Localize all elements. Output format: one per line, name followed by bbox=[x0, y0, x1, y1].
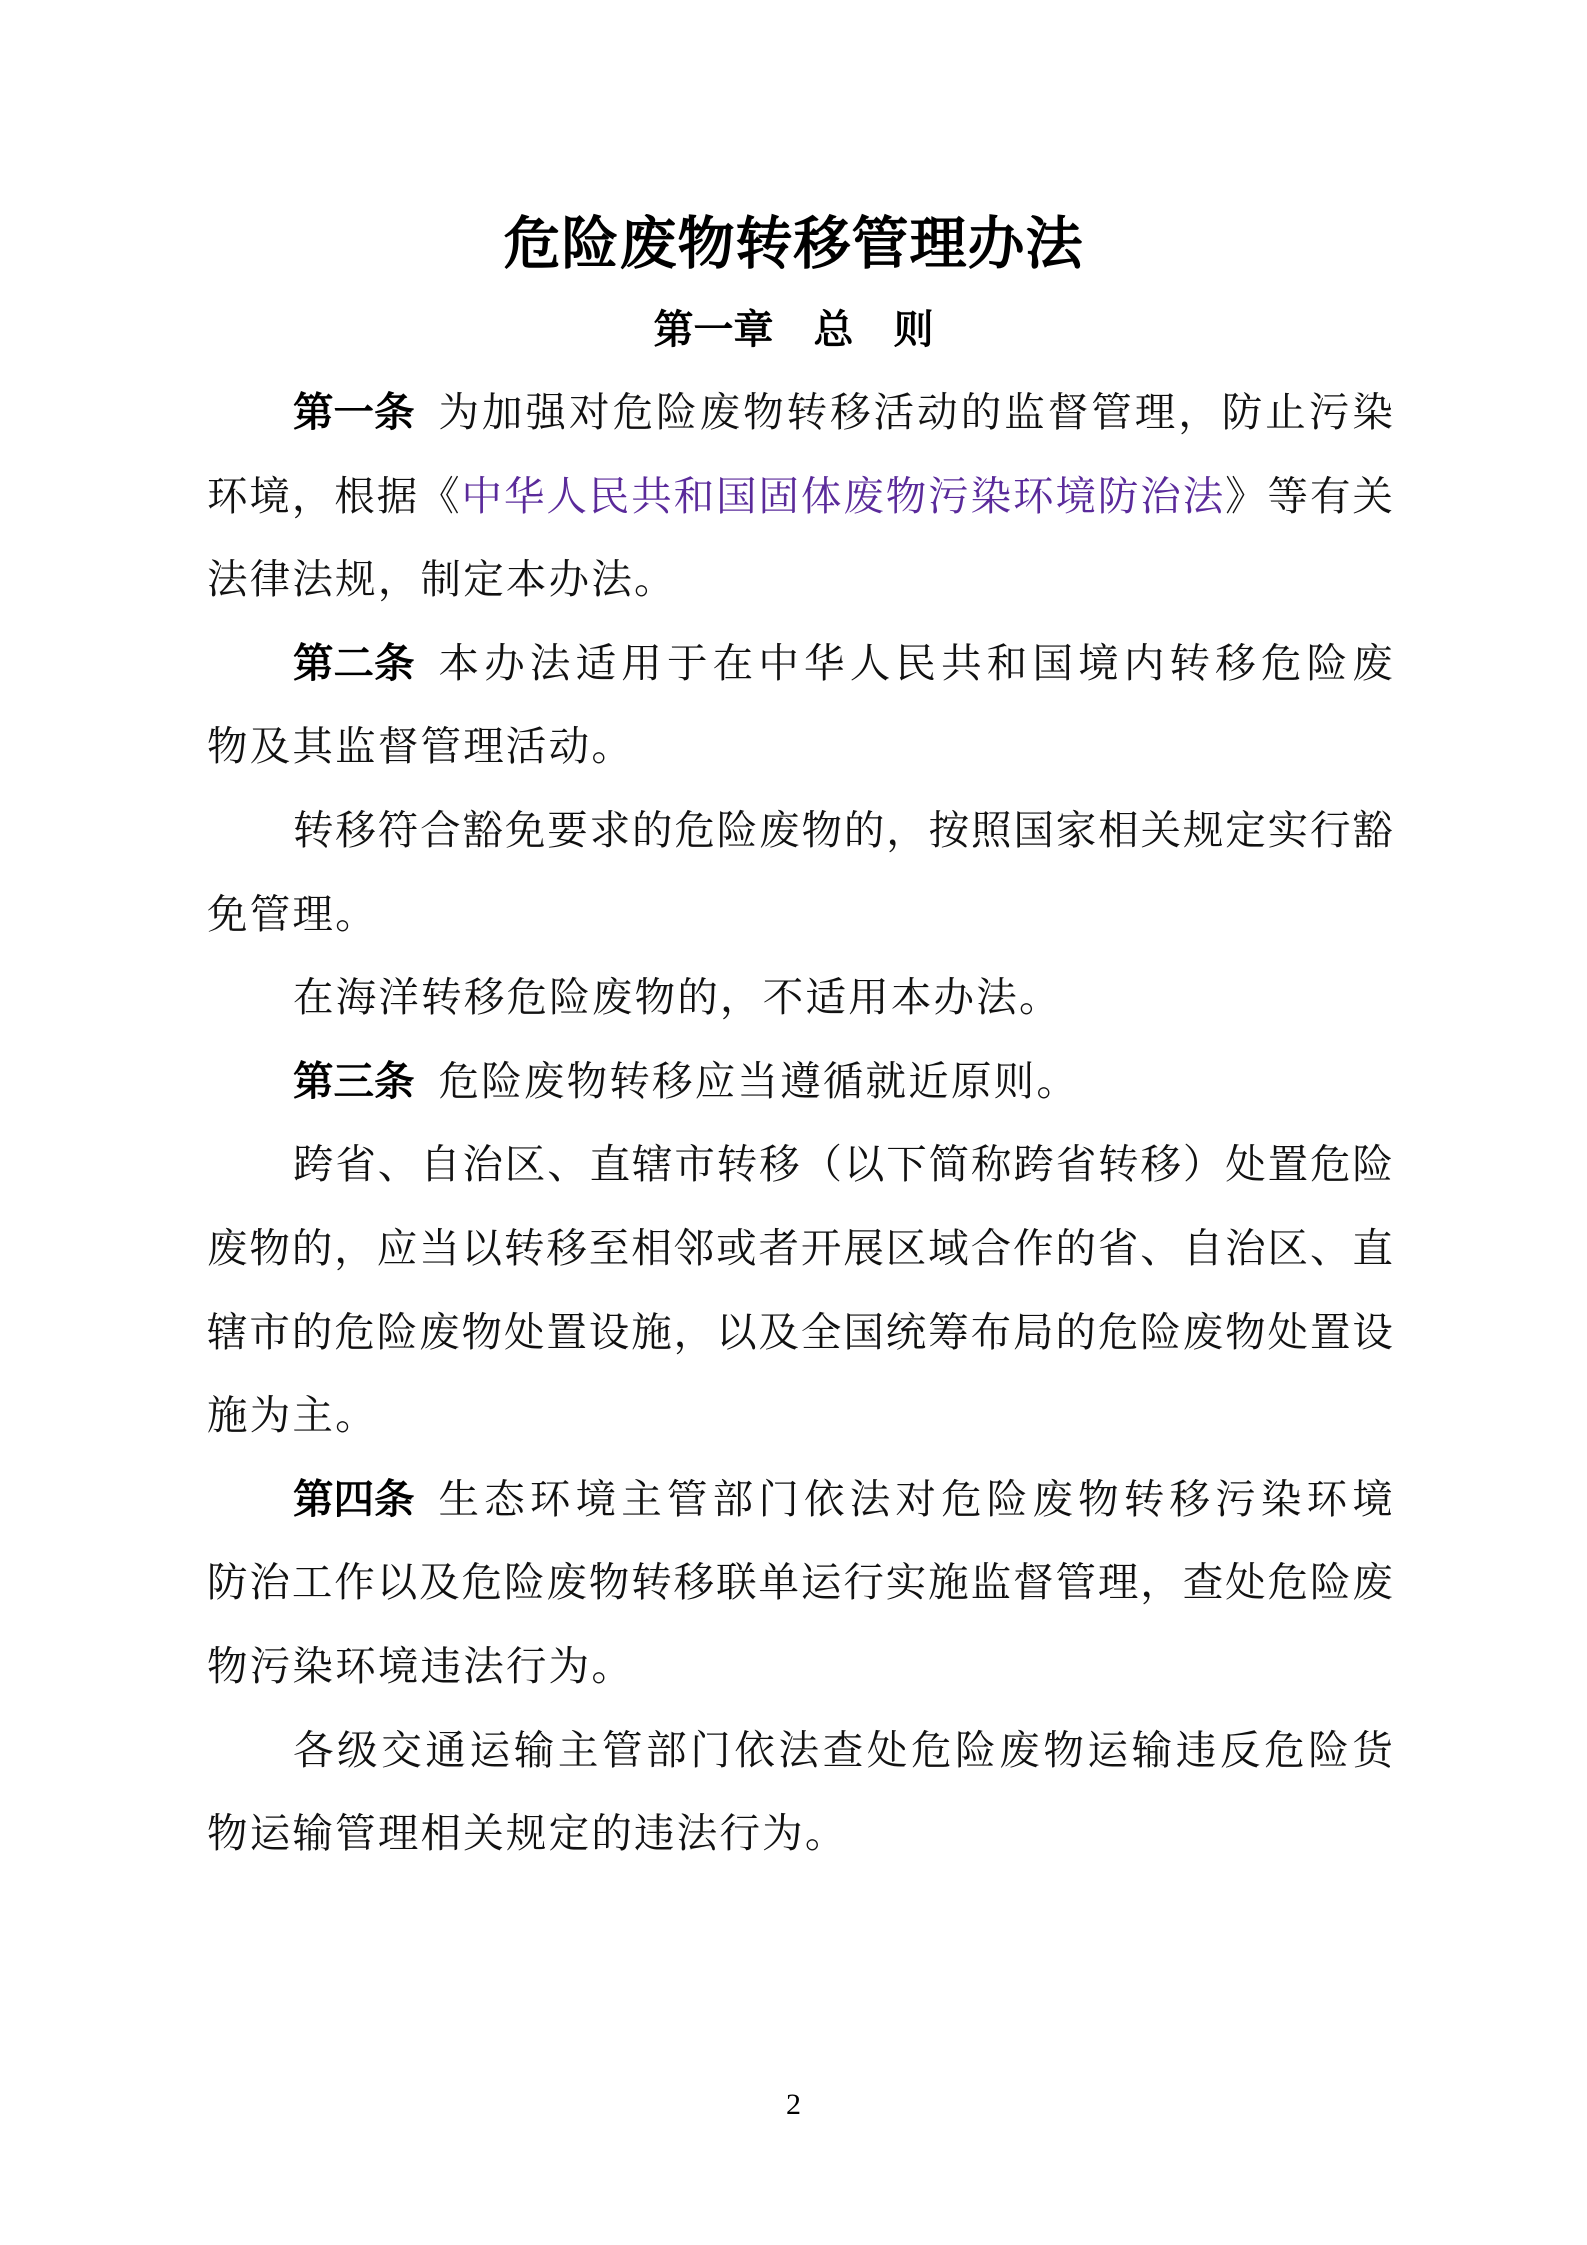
line-text: 跨省、自治区、直辖市转移（以下简称跨省转移）处置危险 bbox=[293, 1123, 1393, 1207]
document-page: 危险废物转移管理办法 第一章 总 则 第一条为加强对危险废物转移活动的监督管理，… bbox=[0, 0, 1587, 2245]
paragraph-line: 物运输管理相关规定的违法行为。 bbox=[207, 1792, 1393, 1876]
paragraph-line: 辖市的危险废物处置设施，以及全国统筹布局的危险废物处置设 bbox=[207, 1291, 1393, 1375]
paragraph-line: 转移符合豁免要求的危险废物的，按照国家相关规定实行豁 bbox=[207, 789, 1393, 873]
article-label: 第三条 bbox=[293, 1040, 415, 1124]
line-text: 废物的，应当以转移至相邻或者开展区域合作的省、自治区、直 bbox=[207, 1207, 1393, 1291]
paragraph-line: 防治工作以及危险废物转移联单运行实施监督管理，查处危险废 bbox=[207, 1541, 1393, 1625]
line-text: 法律法规，制定本办法。 bbox=[207, 538, 1393, 622]
line-text: 物运输管理相关规定的违法行为。 bbox=[207, 1792, 1393, 1876]
paragraph-line: 第二条本办法适用于在中华人民共和国境内转移危险废 bbox=[207, 622, 1393, 706]
paragraph-line: 免管理。 bbox=[207, 873, 1393, 957]
article-label: 第一条 bbox=[293, 371, 415, 455]
line-text: 辖市的危险废物处置设施，以及全国统筹布局的危险废物处置设 bbox=[207, 1291, 1393, 1375]
line-text: 免管理。 bbox=[207, 873, 1393, 957]
paragraph-line: 物污染环境违法行为。 bbox=[207, 1625, 1393, 1709]
paragraph-line: 第四条生态环境主管部门依法对危险废物转移污染环境 bbox=[207, 1458, 1393, 1542]
document-body: 第一条为加强对危险废物转移活动的监督管理，防止污染环境，根据《中华人民共和国固体… bbox=[207, 371, 1393, 1876]
paragraph-line: 第三条危险废物转移应当遵循就近原则。 bbox=[207, 1040, 1393, 1124]
line-text: 转移符合豁免要求的危险废物的，按照国家相关规定实行豁 bbox=[293, 789, 1393, 873]
article-label: 第四条 bbox=[293, 1458, 415, 1542]
line-text: 防治工作以及危险废物转移联单运行实施监督管理，查处危险废 bbox=[207, 1541, 1393, 1625]
page-number: 2 bbox=[0, 2088, 1587, 2122]
line-text: 物及其监督管理活动。 bbox=[207, 705, 1393, 789]
document-title: 危险废物转移管理办法 bbox=[0, 208, 1587, 280]
line-text: 在海洋转移危险废物的，不适用本办法。 bbox=[293, 956, 1393, 1040]
paragraph-line: 第一条为加强对危险废物转移活动的监督管理，防止污染 bbox=[207, 371, 1393, 455]
line-text: 施为主。 bbox=[207, 1374, 1393, 1458]
article-label: 第二条 bbox=[293, 622, 415, 706]
chapter-heading: 第一章 总 则 bbox=[0, 305, 1587, 355]
line-text-with-law-link: 环境，根据《中华人民共和国固体废物污染环境防治法》等有关 bbox=[207, 455, 1393, 539]
paragraph-line: 废物的，应当以转移至相邻或者开展区域合作的省、自治区、直 bbox=[207, 1207, 1393, 1291]
paragraph-line: 法律法规，制定本办法。 bbox=[207, 538, 1393, 622]
line-text: 物污染环境违法行为。 bbox=[207, 1625, 1393, 1709]
paragraph-line: 施为主。 bbox=[207, 1374, 1393, 1458]
line-text: 本办法适用于在中华人民共和国境内转移危险废 bbox=[439, 622, 1394, 706]
paragraph-line: 跨省、自治区、直辖市转移（以下简称跨省转移）处置危险 bbox=[207, 1123, 1393, 1207]
line-text: 危险废物转移应当遵循就近原则。 bbox=[439, 1040, 1394, 1124]
paragraph-line: 各级交通运输主管部门依法查处危险废物运输违反危险货 bbox=[207, 1709, 1393, 1793]
paragraph-line: 物及其监督管理活动。 bbox=[207, 705, 1393, 789]
paragraph-line: 环境，根据《中华人民共和国固体废物污染环境防治法》等有关 bbox=[207, 455, 1393, 539]
line-text: 为加强对危险废物转移活动的监督管理，防止污染 bbox=[439, 371, 1394, 455]
line-text: 各级交通运输主管部门依法查处危险废物运输违反危险货 bbox=[293, 1709, 1393, 1793]
paragraph-line: 在海洋转移危险废物的，不适用本办法。 bbox=[207, 956, 1393, 1040]
line-text: 生态环境主管部门依法对危险废物转移污染环境 bbox=[439, 1458, 1394, 1542]
